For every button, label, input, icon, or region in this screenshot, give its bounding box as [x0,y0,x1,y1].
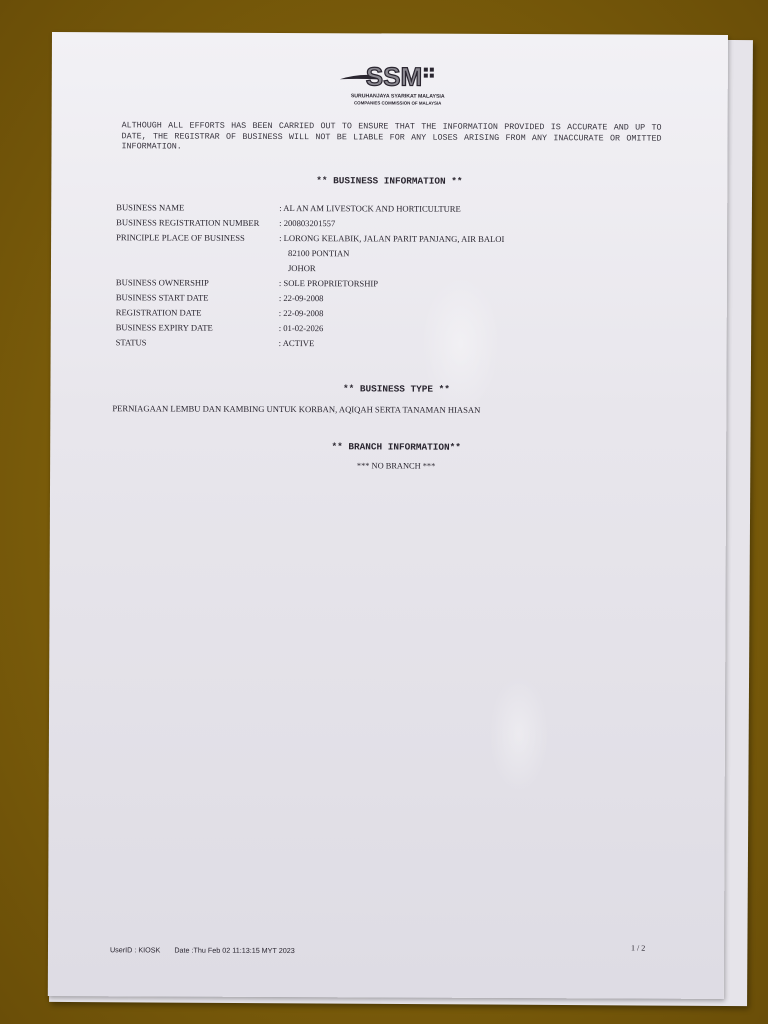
info-label: PRINCIPLE PLACE OF BUSINESS [116,232,245,243]
info-label: BUSINESS OWNERSHIP [116,277,209,287]
info-label: BUSINESS NAME [116,202,184,212]
ssm-logo-icon: SSM [338,61,458,94]
info-value: : AL AN AM LIVESTOCK AND HORTICULTURE [279,203,461,214]
document-page: SSM SURUHANJAYA SYARIKAT MALAYSIA COMPAN… [48,32,728,999]
branch-information-title: ** BRANCH INFORMATION** [58,440,734,454]
logo-caption-malay: SURUHANJAYA SYARIKAT MALAYSIA [338,93,458,100]
footer-date: Date :Thu Feb 02 11:13:15 MYT 2023 [174,946,294,956]
paper-crease [489,674,550,794]
info-value: JOHOR [288,263,316,273]
ssm-logo: SSM SURUHANJAYA SYARIKAT MALAYSIA COMPAN… [338,61,458,112]
info-label: BUSINESS EXPIRY DATE [116,322,213,332]
svg-text:SSM: SSM [366,61,422,91]
info-value: : LORONG KELABIK, JALAN PARIT PANJANG, A… [279,233,504,244]
page-number: 1 / 2 [631,944,645,953]
business-information-table: BUSINESS NAME: AL AN AM LIVESTOCK AND HO… [52,32,728,35]
logo-caption-english: COMPANIES COMMISSION OF MALAYSIA [338,100,458,106]
business-type-title: ** BUSINESS TYPE ** [58,382,734,396]
info-value: 82100 PONTIAN [288,248,349,258]
info-value: : 22-09-2008 [279,308,324,318]
business-type-description: PERNIAGAAN LEMBU DAN KAMBING UNTUK KORBA… [112,403,480,415]
info-label: BUSINESS START DATE [116,292,209,302]
footer-user-id: UserID : KIOSK [110,945,160,954]
info-value: : 22-09-2008 [279,293,324,303]
info-value: : SOLE PROPRIETORSHIP [279,278,378,288]
business-information-title: ** BUSINESS INFORMATION ** [51,174,727,188]
info-value: : 01-02-2026 [279,323,324,333]
disclaimer-text: ALTHOUGH ALL EFFORTS HAS BEEN CARRIED OU… [121,120,661,154]
info-label: STATUS [116,337,147,347]
no-branch-text: *** NO BRANCH *** [50,460,742,472]
info-value: : 200803201557 [279,218,335,228]
info-label: BUSINESS REGISTRATION NUMBER [116,217,259,228]
info-label: REGISTRATION DATE [116,307,202,317]
info-value: : ACTIVE [279,338,315,348]
footer-user-info: UserID : KIOSK Date :Thu Feb 02 11:13:15… [110,945,295,955]
